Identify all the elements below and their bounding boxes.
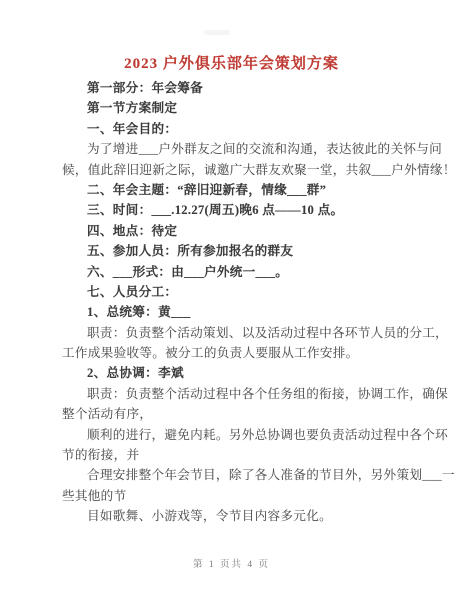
text-line: 2、总协调：李斌 xyxy=(62,363,408,383)
text-line: 五、参加人员：所有参加报名的群友 xyxy=(62,241,408,261)
text-line: 第一部分：年会筹备 xyxy=(62,78,408,98)
text-line: 职责：负责整个活动过程中各个任务组的衔接，协调工作，确保 xyxy=(62,384,408,404)
text-line: 工作成果验收等。被分工的负责人要服从工作安排。 xyxy=(62,343,408,363)
text-line: 些其他的节 xyxy=(62,486,408,506)
document-page: 2023 户外俱乐部年会策划方案 第一部分：年会筹备第一节方案制定一、年会目的：… xyxy=(0,0,463,600)
text-line: 节的衔接，并 xyxy=(62,445,408,465)
text-line: 职责：负责整个活动策划、以及活动过程中各环节人员的分工， xyxy=(62,323,408,343)
text-line: 为了增进___户外群友之间的交流和沟通，表达彼此的关怀与问 xyxy=(62,139,408,159)
text-line: 顺利的进行，避免内耗。另外总协调也要负责活动过程中各个环 xyxy=(62,425,408,445)
text-line: 六、___形式：由___户外统一___。 xyxy=(62,262,408,282)
text-line: 四、地点：待定 xyxy=(62,221,408,241)
text-line: 二、年会主题：“辞旧迎新春，情缘___群” xyxy=(62,180,408,200)
text-line: 一、年会目的： xyxy=(62,119,408,139)
scan-artifact xyxy=(204,30,230,35)
text-line: 七、人员分工： xyxy=(62,282,408,302)
text-line: 整个活动有序， xyxy=(62,404,408,424)
text-line: 三、时间：___.12.27(周五)晚6 点——10 点。 xyxy=(62,200,408,220)
text-line: 合理安排整个年会节目，除了各人准备的节目外，另外策划___一 xyxy=(62,465,408,485)
text-line: 候，值此辞旧迎新之际，诚邀广大群友欢聚一堂，共叙___户外情缘！ xyxy=(62,160,408,180)
page-number: 第 1 页共 4 页 xyxy=(0,556,463,570)
text-line: 目如歌舞、小游戏等，令节目内容多元化。 xyxy=(62,506,408,526)
document-lines: 第一部分：年会筹备第一节方案制定一、年会目的：为了增进___户外群友之间的交流和… xyxy=(62,78,408,527)
text-line: 第一节方案制定 xyxy=(62,98,408,118)
text-line: 1、总统筹：黄___ xyxy=(62,302,408,322)
page-title: 2023 户外俱乐部年会策划方案 xyxy=(0,52,463,73)
